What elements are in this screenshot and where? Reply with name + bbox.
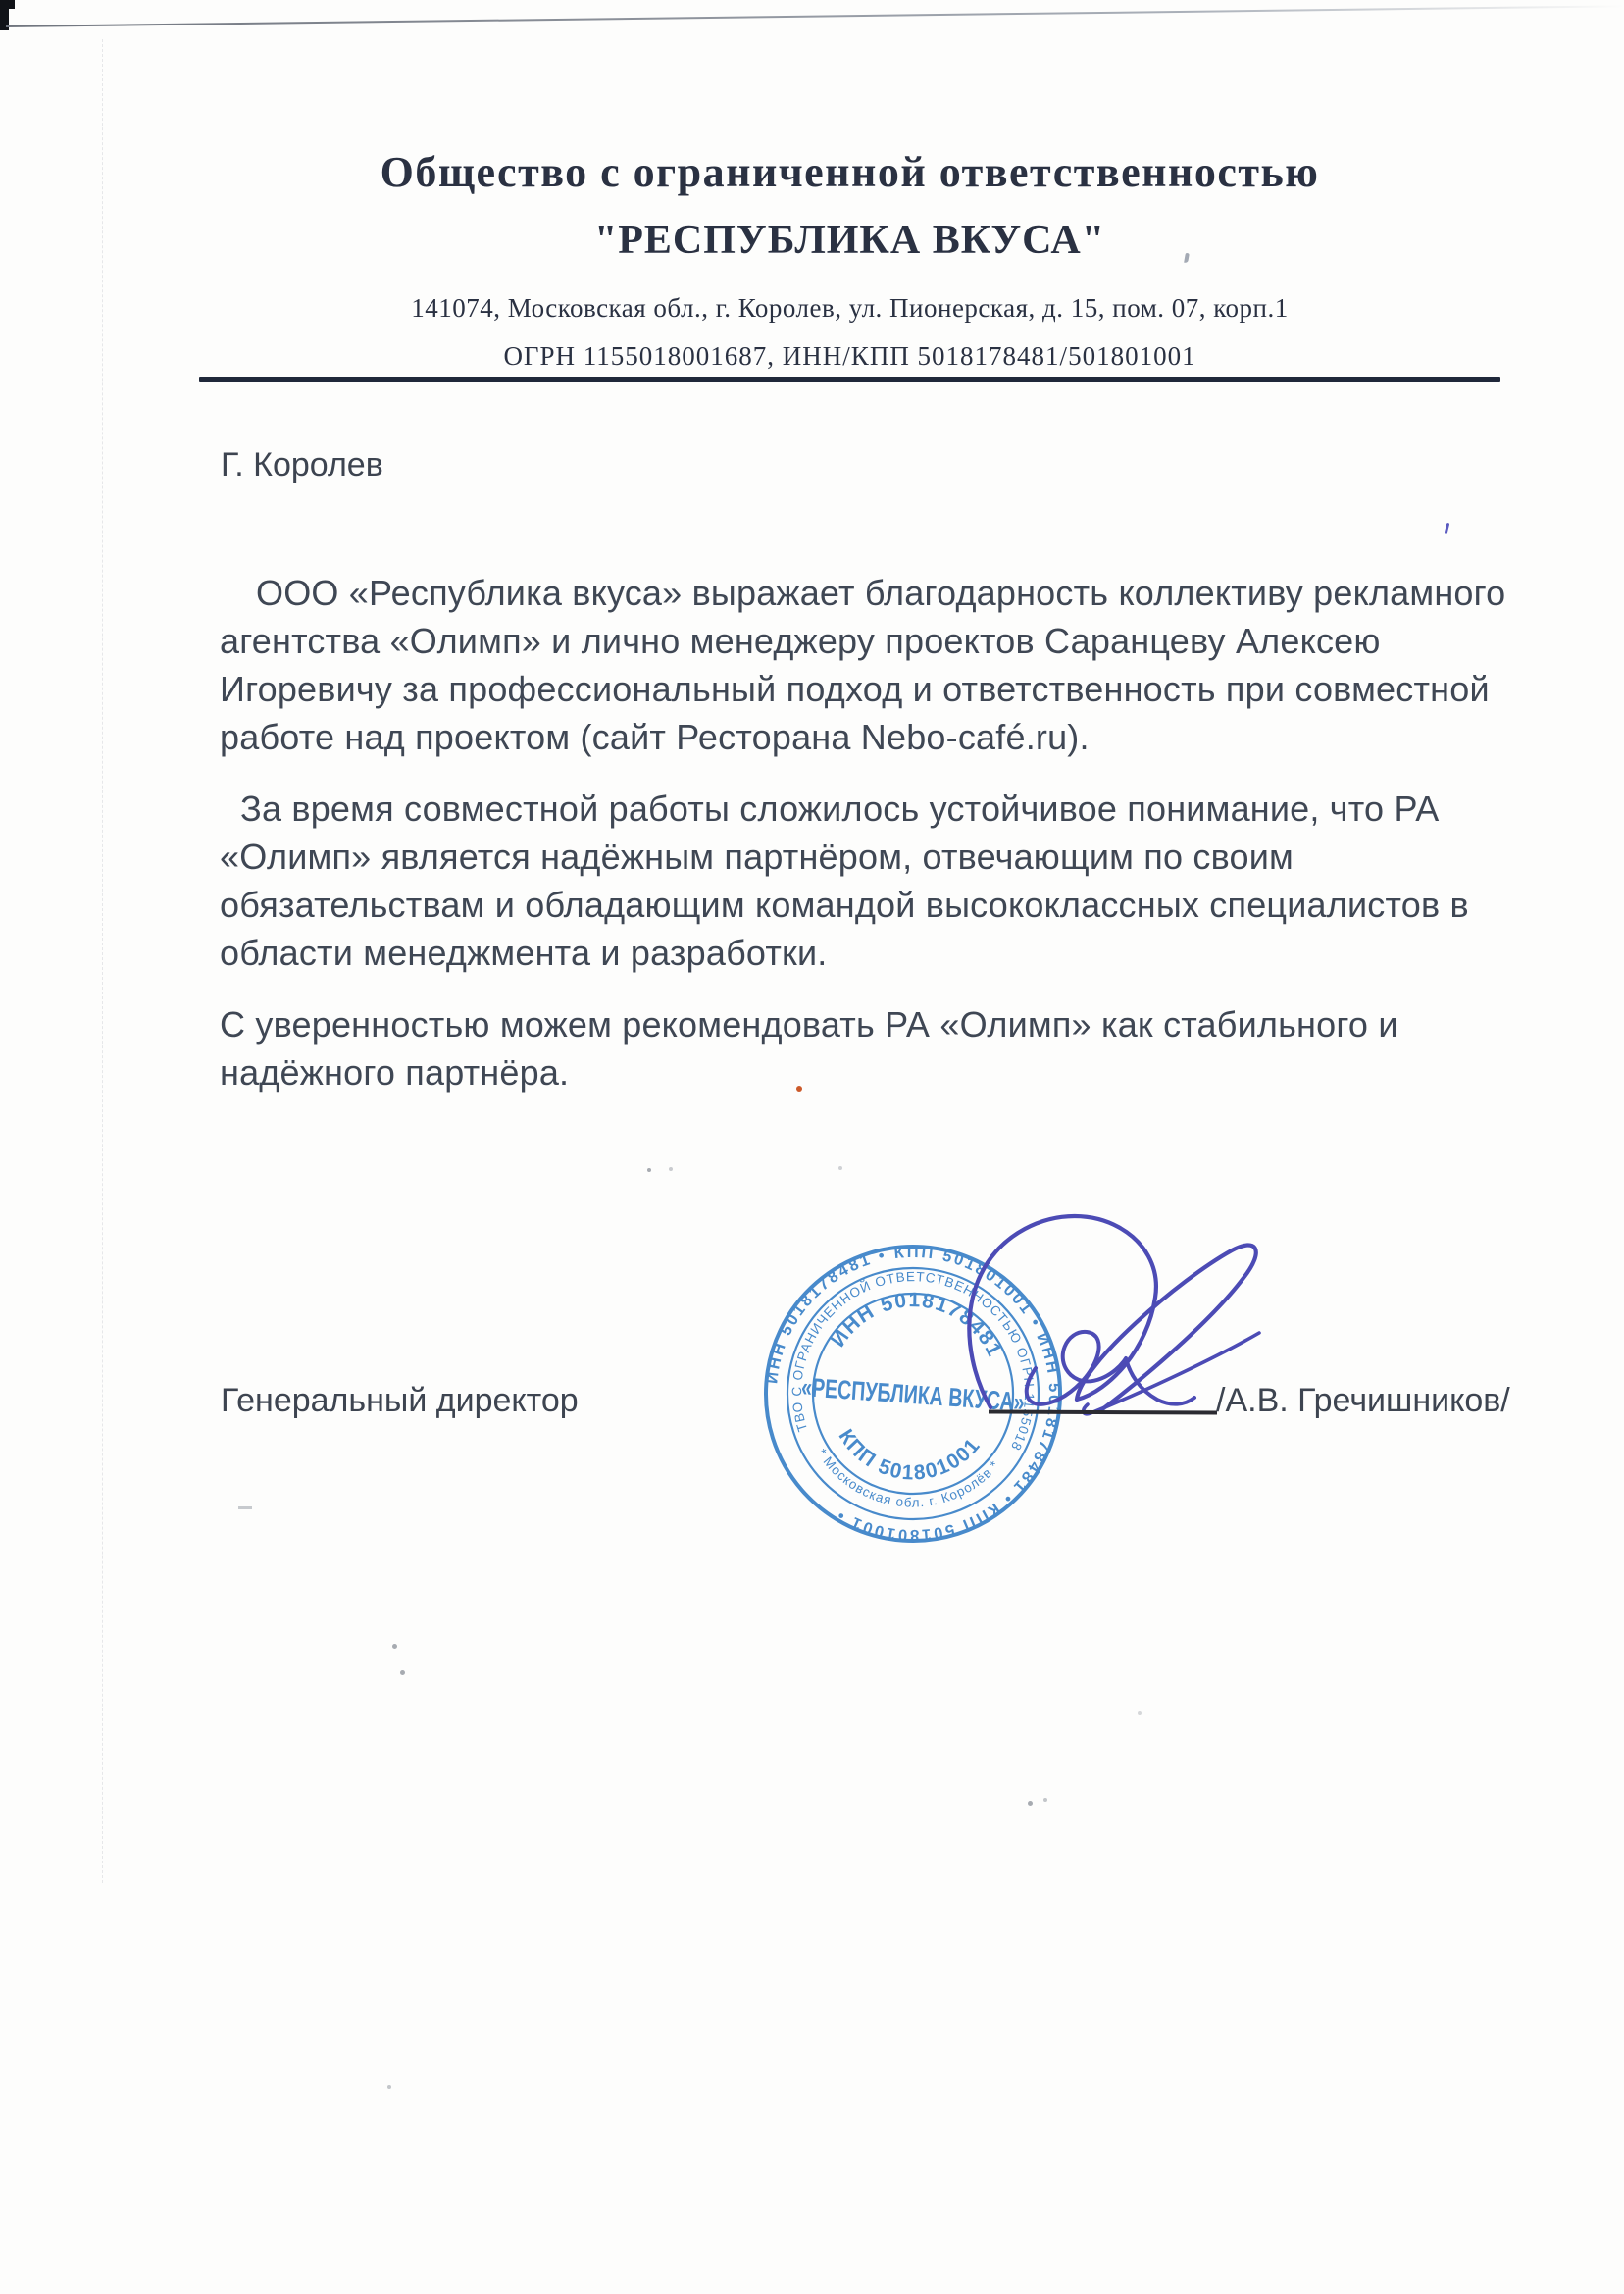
registration-line: ОГРН 1155018001687, ИНН/КПП 5018178481/5… [199, 341, 1500, 372]
scan-corner-mark [0, 0, 15, 9]
scan-speck [400, 1670, 405, 1675]
signature-stroke [1027, 1332, 1194, 1404]
signatory-name: /А.В. Гречишников/ [1216, 1377, 1510, 1425]
org-type-line: Общество с ограниченной ответственностью [199, 147, 1500, 197]
scan-speck [669, 1167, 673, 1171]
body-line: обязательствам и обладающим командой выс… [220, 881, 1504, 929]
scan-speck [647, 1168, 651, 1172]
scan-edge-line [6, 4, 1624, 27]
body-line: С уверенностью можем рекомендовать РА «О… [220, 1000, 1504, 1048]
body-line: За время совместной работы сложилось уст… [220, 785, 1504, 833]
scan-speck [387, 2085, 391, 2089]
scan-speck [1138, 1711, 1142, 1715]
body-line: области менеджмента и разработки. [220, 929, 1504, 977]
scan-speck [796, 1086, 802, 1092]
scanned-letter-page: { "document": { "header": { "org_type": … [0, 0, 1624, 2294]
address-line: 141074, Московская обл., г. Королев, ул.… [199, 293, 1500, 324]
paragraph: За время совместной работы сложилось уст… [220, 785, 1504, 977]
body-line: Игоревичу за профессиональный подход и о… [220, 665, 1504, 713]
scan-speck [1043, 1798, 1047, 1802]
org-name-line: "РЕСПУБЛИКА ВКУСА" [199, 217, 1500, 264]
letter-body: ООО «Республика вкуса» выражает благодар… [220, 569, 1504, 1120]
body-line: надёжного партнёра. [220, 1048, 1504, 1096]
scan-speck [1445, 523, 1450, 534]
scan-speck [392, 1644, 397, 1649]
city-line: Г. Королев [221, 446, 383, 484]
body-line: работе над проектом (сайт Ресторана Nebo… [220, 713, 1504, 761]
body-line: «Олимп» является надёжным партнёром, отв… [220, 833, 1504, 881]
body-line: агентства «Олимп» и лично менеджеру прое… [220, 617, 1504, 665]
scan-speck [838, 1166, 842, 1170]
body-line: ООО «Республика вкуса» выражает благодар… [220, 569, 1504, 617]
header-divider [199, 377, 1500, 382]
signature-stroke [969, 1216, 1156, 1407]
paragraph: С уверенностью можем рекомендовать РА «О… [220, 1000, 1504, 1096]
signatory-title: Генеральный директор [221, 1377, 579, 1425]
scan-speck [238, 1506, 252, 1509]
scan-speck [1028, 1801, 1033, 1806]
paper-fold-line [102, 39, 104, 1883]
paragraph: ООО «Республика вкуса» выражает благодар… [220, 569, 1504, 761]
